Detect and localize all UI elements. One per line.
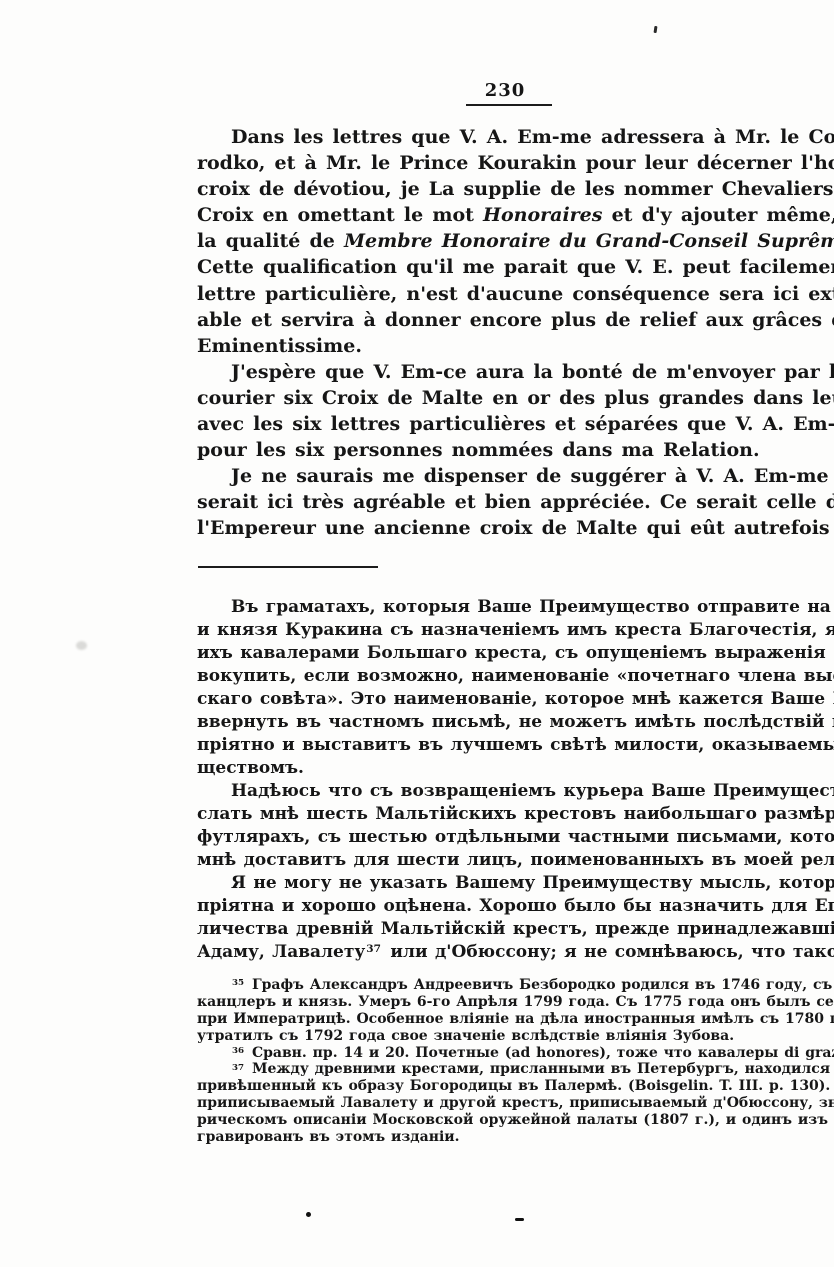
- text-line: Cette qualification qu'il me parait que …: [197, 254, 834, 280]
- text-line: мнѣ доставитъ для шести лицъ, поименован…: [197, 849, 834, 872]
- text-line: Надѣюсь что съ возвращеніемъ курьера Ваш…: [197, 780, 834, 803]
- text-segment: футлярахъ, съ шестью отдѣльными частными…: [197, 827, 834, 847]
- text-line: 37 Между древними крестами, присланными …: [197, 1061, 834, 1078]
- section-divider-rule: [198, 566, 378, 568]
- text-line: courier six Croix de Malte en or des plu…: [197, 385, 834, 411]
- text-segment: гравированъ въ этомъ изданіи.: [197, 1129, 460, 1145]
- footnote-marker: 36: [232, 1046, 244, 1056]
- text-segment: Графъ Александръ Андреевичъ Безбородко р…: [246, 977, 834, 993]
- text-segment: рическомъ описаніи Московской оружейной …: [197, 1112, 834, 1128]
- text-line: Je ne saurais me dispenser de suggérer à…: [197, 463, 834, 489]
- french-text-block: Dans les lettres que V. A. Em-me adresse…: [197, 124, 834, 542]
- text-segment: avec les six lettres particulières et sé…: [197, 413, 834, 435]
- text-line: l'Empereur une ancienne croix de Malte q…: [197, 515, 834, 541]
- text-line: lettre particulière, n'est d'aucune cons…: [197, 281, 834, 307]
- page-number-rule: [466, 104, 552, 106]
- text-segment: able et servira à donner encore plus de …: [197, 309, 834, 331]
- text-segment: канцлеръ и князь. Умеръ 6-го Апрѣля 1799…: [197, 994, 834, 1010]
- text-line: ществомъ.: [197, 757, 834, 780]
- text-segment: ихъ кавалерами Большаго креста, съ опуще…: [197, 643, 834, 663]
- text-segment: слать мнѣ шесть Мальтійскихъ крестовъ на…: [197, 804, 834, 824]
- text-segment: ввернуть въ частномъ письмѣ, не можетъ и…: [197, 712, 834, 732]
- text-segment: Dans les lettres que V. A. Em-me adresse…: [231, 126, 834, 148]
- text-line: croix de dévotiou, je La supplie de les …: [197, 176, 834, 202]
- text-segment: Адаму, Лавалету: [197, 942, 365, 962]
- text-segment: утратилъ съ 1792 года свое значеніе вслѣ…: [197, 1028, 734, 1044]
- text-segment: Въ граматахъ, которыя Ваше Преимущество …: [231, 597, 834, 617]
- text-line: футлярахъ, съ шестью отдѣльными частными…: [197, 826, 834, 849]
- text-segment: мнѣ доставитъ для шести лицъ, поименован…: [197, 850, 834, 870]
- ink-speck-top-right: [654, 26, 658, 33]
- text-segment: Между древними крестами, присланными въ …: [246, 1061, 834, 1077]
- text-segment: Cette qualification qu'il me parait que …: [197, 256, 834, 278]
- text-segment: пріятна и хорошо оцѣнена. Хорошо было бы…: [197, 896, 834, 916]
- text-line: able et servira à donner encore plus de …: [197, 307, 834, 333]
- text-line: 36 Сравн. пр. 14 и 20. Почетные (ad hono…: [197, 1045, 834, 1062]
- text-segment: Надѣюсь что съ возвращеніемъ курьера Ваш…: [231, 781, 834, 801]
- text-line: rodko, et à Mr. le Prince Kourakin pour …: [197, 150, 834, 176]
- text-line: личества древній Мальтійскій крестъ, пре…: [197, 918, 834, 941]
- text-segment: скаго совѣта». Это наименованіе, которое…: [197, 689, 834, 709]
- text-line: канцлеръ и князь. Умеръ 6-го Апрѣля 1799…: [197, 994, 834, 1011]
- text-line: J'espère que V. Em-ce aura la bonté de m…: [197, 359, 834, 385]
- text-segment: Я не могу не указать Вашему Преимуществу…: [231, 873, 834, 893]
- text-line: la qualité de Membre Honoraire du Grand-…: [197, 228, 834, 254]
- text-segment: при Императрицѣ. Особенное вліяніе на дѣ…: [197, 1011, 834, 1027]
- text-line: ихъ кавалерами Большаго креста, съ опуще…: [197, 642, 834, 665]
- footnote-marker: 35: [232, 978, 244, 988]
- text-line: рическомъ описаніи Московской оружейной …: [197, 1112, 834, 1129]
- ink-speck-bottom-center: [515, 1218, 524, 1221]
- text-segment: Membre Honoraire du Grand-Conseil Suprêm…: [344, 230, 834, 252]
- text-line: Адаму, Лавалету37 или д'Обюссону; я не с…: [197, 941, 834, 964]
- text-segment: личества древній Мальтійскій крестъ, пре…: [197, 919, 834, 939]
- text-segment: Honoraires: [483, 204, 602, 226]
- text-line: pour les six personnes nommées dans ma R…: [197, 437, 834, 463]
- text-segment: вокупить, если возможно, наименованіе «п…: [197, 666, 834, 686]
- text-segment: привѣшенный къ образу Богородицы въ Пале…: [197, 1078, 834, 1094]
- ink-speck-bottom-left: [306, 1212, 311, 1217]
- text-segment: serait ici très agréable et bien appréci…: [197, 491, 834, 513]
- text-segment: пріятно и выставитъ въ лучшемъ свѣтѣ мил…: [197, 735, 834, 755]
- russian-translation-block: Въ граматахъ, которыя Ваше Преимущество …: [197, 596, 834, 964]
- text-segment: la qualité de: [197, 230, 344, 252]
- text-line: и князя Куракина съ назначеніемъ имъ кре…: [197, 619, 834, 642]
- text-line: при Императрицѣ. Особенное вліяніе на дѣ…: [197, 1011, 834, 1028]
- margin-smudge: [76, 641, 87, 650]
- text-segment: l'Empereur une ancienne croix de Malte q…: [197, 517, 834, 539]
- text-line: Я не могу не указать Вашему Преимуществу…: [197, 872, 834, 895]
- text-line: утратилъ съ 1792 года свое значеніе вслѣ…: [197, 1028, 834, 1045]
- footnote-marker: 37: [366, 943, 381, 955]
- text-segment: rodko, et à Mr. le Prince Kourakin pour …: [197, 152, 834, 174]
- text-line: avec les six lettres particulières et sé…: [197, 411, 834, 437]
- text-segment: Eminentissime.: [197, 335, 362, 357]
- text-segment: Je ne saurais me dispenser de suggérer à…: [231, 465, 834, 487]
- text-segment: ществомъ.: [197, 758, 304, 778]
- text-segment: et d'y ajouter même, si cela se p: [602, 204, 834, 226]
- text-line: Eminentissime.: [197, 333, 834, 359]
- text-segment: Сравн. пр. 14 и 20. Почетные (ad honores…: [246, 1045, 834, 1061]
- text-segment: или д'Обюссону; я не сомнѣваюсь, что так…: [383, 942, 834, 962]
- text-segment: приписываемый Лавалету и другой крестъ, …: [197, 1095, 834, 1111]
- text-line: Dans les lettres que V. A. Em-me adresse…: [197, 124, 834, 150]
- text-segment: J'espère que V. Em-ce aura la bonté de m…: [231, 361, 834, 383]
- text-line: пріятно и выставитъ въ лучшемъ свѣтѣ мил…: [197, 734, 834, 757]
- text-line: приписываемый Лавалету и другой крестъ, …: [197, 1095, 834, 1112]
- text-segment: courier six Croix de Malte en or des plu…: [197, 387, 834, 409]
- book-page: 230 Dans les lettres que V. A. Em-me adr…: [0, 0, 834, 1267]
- footnotes-block: 35 Графъ Александръ Андреевичъ Безбородк…: [197, 977, 834, 1146]
- text-segment: croix de dévotiou, je La supplie de les …: [197, 178, 834, 200]
- text-segment: lettre particulière, n'est d'aucune cons…: [197, 283, 834, 305]
- text-segment: pour les six personnes nommées dans ma R…: [197, 439, 760, 461]
- text-segment: Croix en omettant le mot: [197, 204, 483, 226]
- text-line: привѣшенный къ образу Богородицы въ Пале…: [197, 1078, 834, 1095]
- text-line: вокупить, если возможно, наименованіе «п…: [197, 665, 834, 688]
- text-line: ввернуть въ частномъ письмѣ, не можетъ и…: [197, 711, 834, 734]
- text-line: гравированъ въ этомъ изданіи.: [197, 1129, 834, 1146]
- text-segment: и князя Куракина съ назначеніемъ имъ кре…: [197, 620, 834, 640]
- text-line: скаго совѣта». Это наименованіе, которое…: [197, 688, 834, 711]
- text-line: serait ici très agréable et bien appréci…: [197, 489, 834, 515]
- text-line: пріятна и хорошо оцѣнена. Хорошо было бы…: [197, 895, 834, 918]
- text-line: Въ граматахъ, которыя Ваше Преимущество …: [197, 596, 834, 619]
- text-line: Croix en omettant le mot Honoraires et d…: [197, 202, 834, 228]
- text-line: слать мнѣ шесть Мальтійскихъ крестовъ на…: [197, 803, 834, 826]
- text-line: 35 Графъ Александръ Андреевичъ Безбородк…: [197, 977, 834, 994]
- footnote-marker: 37: [232, 1063, 244, 1073]
- page-number: 230: [459, 80, 551, 101]
